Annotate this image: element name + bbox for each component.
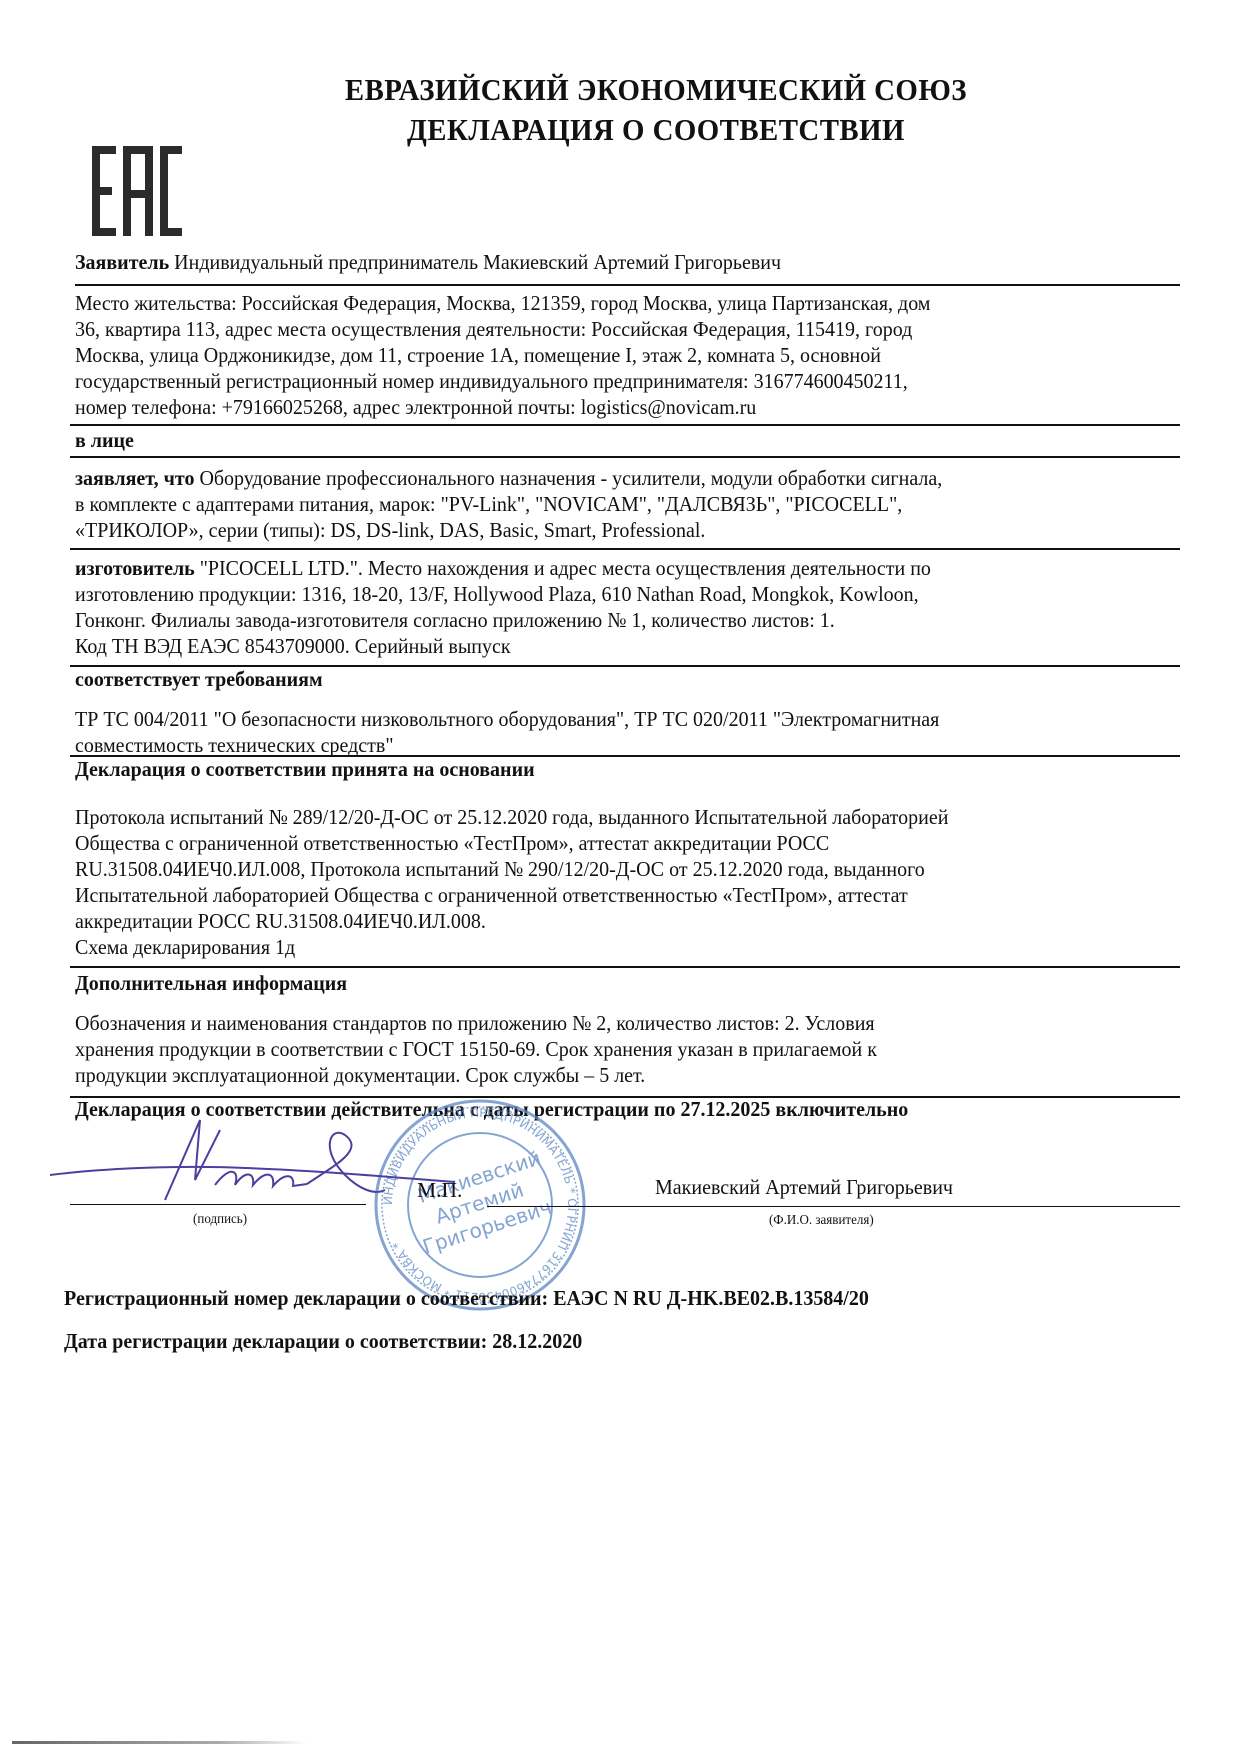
declares-line: «ТРИКОЛОР», серии (типы): DS, DS-link, D… (75, 517, 1098, 543)
basis-block: Протокола испытаний № 289/12/20-Д-ОС от … (75, 804, 1098, 960)
divider (70, 548, 1180, 550)
basis-line: аккредитации РОСС RU.31508.04ИЕЧ0.ИЛ.008… (75, 908, 1098, 934)
in-person-label: в лице (75, 428, 134, 452)
in-person-line: в лице (75, 427, 1098, 453)
manufacturer-line: Код ТН ВЭД ЕАЭС 8543709000. Серийный вып… (75, 633, 1098, 659)
applicant-value: Индивидуальный предприниматель Макиевски… (174, 250, 781, 274)
address-block: Место жительства: Российская Федерация, … (75, 290, 1098, 420)
declares-value: Оборудование профессионального назначени… (199, 466, 942, 490)
signature-icon (45, 1110, 465, 1210)
requirements-heading: соответствует требованиям (75, 666, 1098, 692)
additional-heading: Дополнительная информация (75, 970, 1098, 996)
manufacturer-value: "PICOCELL LTD.". Место нахождения и адре… (200, 556, 931, 580)
declares-block: заявляет, что Оборудование профессиональ… (75, 465, 1098, 543)
applicant-name: Макиевский Артемий Григорьевич (655, 1175, 953, 1200)
manufacturer-line: Гонконг. Филиалы завода-изготовителя сог… (75, 607, 1098, 633)
additional-line: Обозначения и наименования стандартов по… (75, 1010, 1098, 1036)
declares-line: в комплекте с адаптерами питания, марок:… (75, 491, 1098, 517)
basis-line: Схема декларирования 1д (75, 934, 1098, 960)
eac-mark-icon (92, 146, 182, 236)
union-title: ЕВРАЗИЙСКИЙ ЭКОНОМИЧЕСКИЙ СОЮЗ (78, 72, 1233, 108)
name-line (487, 1206, 1180, 1207)
address-line: государственный регистрационный номер ин… (75, 368, 1098, 394)
name-caption: (Ф.И.О. заявителя) (769, 1213, 874, 1229)
address-line: номер телефона: +79166025268, адрес элек… (75, 394, 1098, 420)
divider (70, 456, 1180, 458)
basis-line: Испытательной лабораторией Общества с ог… (75, 882, 1098, 908)
address-line: Москва, улица Орджоникидзе, дом 11, стро… (75, 342, 1098, 368)
scan-edge-mark (12, 1741, 307, 1744)
divider (75, 284, 1180, 286)
signature-line (70, 1204, 366, 1205)
divider (70, 424, 1180, 426)
basis-heading: Декларация о соответствии принята на осн… (75, 756, 1098, 782)
manufacturer-line: изготовлению продукции: 1316, 18-20, 13/… (75, 581, 1098, 607)
requirements-label: соответствует требованиям (75, 667, 323, 691)
signature-caption: (подпись) (193, 1212, 247, 1228)
applicant-line: Заявитель Индивидуальный предприниматель… (75, 249, 1098, 275)
basis-label: Декларация о соответствии принята на осн… (75, 757, 535, 781)
applicant-label: Заявитель (75, 250, 169, 274)
stamp-place-label: М.П. (417, 1178, 462, 1203)
requirements-line: ТР ТС 004/2011 "О безопасности низковоль… (75, 706, 1098, 732)
address-line: Место жительства: Российская Федерация, … (75, 290, 1098, 316)
manufacturer-block: изготовитель "PICOCELL LTD.". Место нахо… (75, 555, 1098, 659)
requirements-block: ТР ТС 004/2011 "О безопасности низковоль… (75, 706, 1098, 758)
basis-line: RU.31508.04ИЕЧ0.ИЛ.008, Протокола испыта… (75, 856, 1098, 882)
declares-label: заявляет, что (75, 466, 194, 490)
additional-line: продукции эксплуатационной документации.… (75, 1062, 1098, 1088)
basis-line: Протокола испытаний № 289/12/20-Д-ОС от … (75, 804, 1098, 830)
additional-line: хранения продукции в соответствии с ГОСТ… (75, 1036, 1098, 1062)
document-title: ДЕКЛАРАЦИЯ О СООТВЕТСТВИИ (78, 112, 1233, 148)
divider (70, 966, 1180, 968)
additional-label: Дополнительная информация (75, 971, 347, 995)
manufacturer-label: изготовитель (75, 556, 195, 580)
address-line: 36, квартира 113, адрес места осуществле… (75, 316, 1098, 342)
basis-line: Общества с ограниченной ответственностью… (75, 830, 1098, 856)
registration-number: Регистрационный номер декларации о соотв… (64, 1285, 1087, 1311)
registration-date: Дата регистрации декларации о соответств… (64, 1328, 1087, 1354)
additional-block: Обозначения и наименования стандартов по… (75, 1010, 1098, 1088)
